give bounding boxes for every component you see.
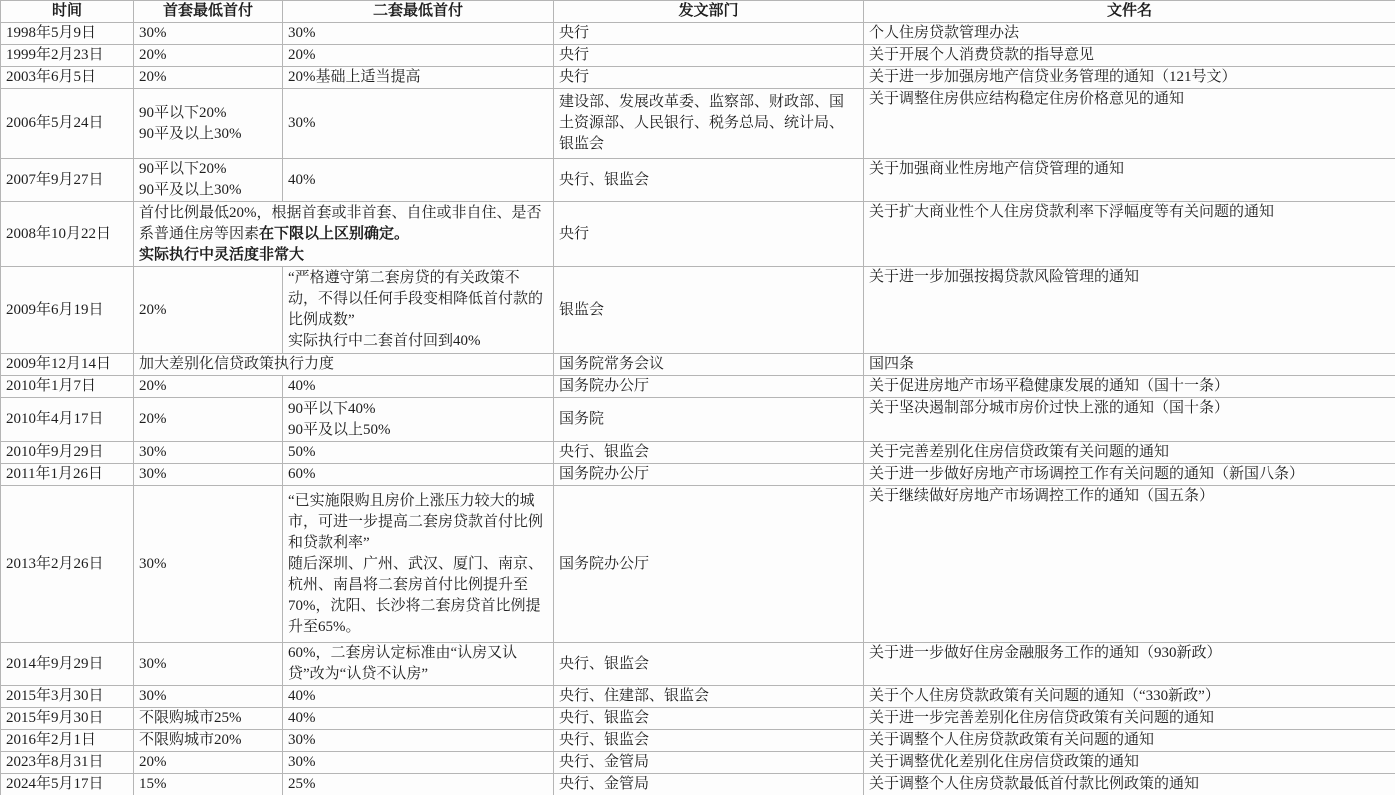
- cell-date: 2009年6月19日: [1, 267, 134, 354]
- header-issuing-department: 发文部门: [554, 1, 864, 23]
- cell-first-downpayment: 30%: [134, 464, 283, 486]
- cell-issuing-department: 央行、银监会: [554, 708, 864, 730]
- cell-document-name: 个人住房贷款管理办法: [864, 23, 1395, 45]
- cell-issuing-department: 国务院办公厅: [554, 464, 864, 486]
- cell-first-downpayment: 90平以下20% 90平及以上30%: [134, 89, 283, 159]
- cell-date: 2003年6月5日: [1, 67, 134, 89]
- cell-document-name: 关于进一步做好住房金融服务工作的通知（930新政）: [864, 643, 1395, 686]
- cell-second-downpayment: 40%: [283, 686, 554, 708]
- cell-first-downpayment: 15%: [134, 774, 283, 795]
- cell-document-name: 关于开展个人消费贷款的指导意见: [864, 45, 1395, 67]
- cell-date: 2024年5月17日: [1, 774, 134, 795]
- table-row: 2010年9月29日 30% 50% 央行、银监会 关于完善差别化住房信贷政策有…: [1, 442, 1395, 464]
- header-first-downpayment: 首套最低首付: [134, 1, 283, 23]
- cell-date: 2015年3月30日: [1, 686, 134, 708]
- cell-first-downpayment: 20%: [134, 752, 283, 774]
- cell-issuing-department: 央行、住建部、银监会: [554, 686, 864, 708]
- cell-date: 2006年5月24日: [1, 89, 134, 159]
- table-row: 2023年8月31日 20% 30% 央行、金管局 关于调整优化差别化住房信贷政…: [1, 752, 1395, 774]
- table-row: 2008年10月22日 首付比例最低20%，根据首套或非首套、自住或非自住、是否…: [1, 202, 1395, 267]
- cell-second-downpayment: 20%基础上适当提高: [283, 67, 554, 89]
- table-row: 1999年2月23日 20% 20% 央行 关于开展个人消费贷款的指导意见: [1, 45, 1395, 67]
- cell-first-downpayment: 90平以下20% 90平及以上30%: [134, 159, 283, 202]
- header-date: 时间: [1, 1, 134, 23]
- table-row: 2003年6月5日 20% 20%基础上适当提高 央行 关于进一步加强房地产信贷…: [1, 67, 1395, 89]
- cell-issuing-department: 央行: [554, 202, 864, 267]
- table-row: 2011年1月26日 30% 60% 国务院办公厅 关于进一步做好房地产市场调控…: [1, 464, 1395, 486]
- table-row: 2024年5月17日 15% 25% 央行、金管局 关于调整个人住房贷款最低首付…: [1, 774, 1395, 795]
- cell-second-downpayment: 40%: [283, 159, 554, 202]
- cell-first-downpayment: 20%: [134, 398, 283, 442]
- cell-date: 2016年2月1日: [1, 730, 134, 752]
- cell-document-name: 关于加强商业性房地产信贷管理的通知: [864, 159, 1395, 202]
- cell-document-name: 关于进一步加强房地产信贷业务管理的通知（121号文）: [864, 67, 1395, 89]
- cell-first-downpayment: 20%: [134, 45, 283, 67]
- cell-document-name: 关于坚决遏制部分城市房价过快上涨的通知（国十条）: [864, 398, 1395, 442]
- cell-second-downpayment: 40%: [283, 708, 554, 730]
- table-row: 2009年6月19日 20% “严格遵守第二套房贷的有关政策不动，不得以任何手段…: [1, 267, 1395, 354]
- cell-first-downpayment: 20%: [134, 267, 283, 354]
- cell-issuing-department: 央行、银监会: [554, 643, 864, 686]
- cell-first-downpayment: 20%: [134, 376, 283, 398]
- cell-date: 2008年10月22日: [1, 202, 134, 267]
- cell-second-downpayment: “已实施限购且房价上涨压力较大的城市，可进一步提高二套房贷款首付比例和贷款利率”…: [283, 486, 554, 643]
- cell-first-downpayment: 30%: [134, 486, 283, 643]
- cell-second-downpayment: 30%: [283, 89, 554, 159]
- cell-second-downpayment: 30%: [283, 730, 554, 752]
- cell-date: 2013年2月26日: [1, 486, 134, 643]
- cell-first-downpayment: 30%: [134, 23, 283, 45]
- cell-second-downpayment: 30%: [283, 752, 554, 774]
- cell-date: 2007年9月27日: [1, 159, 134, 202]
- cell-first-downpayment: 30%: [134, 442, 283, 464]
- cell-date: 2010年4月17日: [1, 398, 134, 442]
- cell-date: 2011年1月26日: [1, 464, 134, 486]
- cell-issuing-department: 央行、金管局: [554, 774, 864, 795]
- cell-document-name: 关于调整个人住房贷款政策有关问题的通知: [864, 730, 1395, 752]
- cell-issuing-department: 央行、银监会: [554, 730, 864, 752]
- header-row: 时间 首套最低首付 二套最低首付 发文部门 文件名: [1, 1, 1395, 23]
- cell-second-downpayment: 30%: [283, 23, 554, 45]
- cell-issuing-department: 央行: [554, 23, 864, 45]
- cell-document-name: 关于进一步做好房地产市场调控工作有关问题的通知（新国八条）: [864, 464, 1395, 486]
- cell-issuing-department: 国务院办公厅: [554, 486, 864, 643]
- cell-second-downpayment: 40%: [283, 376, 554, 398]
- cell-document-name: 关于调整个人住房贷款最低首付款比例政策的通知: [864, 774, 1395, 795]
- cell-document-name: 关于个人住房贷款政策有关问题的通知（“330新政”）: [864, 686, 1395, 708]
- table-row: 2015年3月30日 30% 40% 央行、住建部、银监会 关于个人住房贷款政策…: [1, 686, 1395, 708]
- cell-document-name: 关于调整住房供应结构稳定住房价格意见的通知: [864, 89, 1395, 159]
- table-row: 2009年12月14日 加大差别化信贷政策执行力度 国务院常务会议 国四条: [1, 354, 1395, 376]
- cell-second-downpayment: 60%，二套房认定标准由“认房又认贷”改为“认贷不认房”: [283, 643, 554, 686]
- cell-date: 2023年8月31日: [1, 752, 134, 774]
- table-row: 2014年9月29日 30% 60%，二套房认定标准由“认房又认贷”改为“认贷不…: [1, 643, 1395, 686]
- cell-first-downpayment: 30%: [134, 643, 283, 686]
- header-second-downpayment: 二套最低首付: [283, 1, 554, 23]
- cell-document-name: 关于进一步加强按揭贷款风险管理的通知: [864, 267, 1395, 354]
- housing-downpayment-policy-table: 时间 首套最低首付 二套最低首付 发文部门 文件名 1998年5月9日 30% …: [0, 0, 1395, 795]
- cell-second-downpayment: “严格遵守第二套房贷的有关政策不动，不得以任何手段变相降低首付款的比例成数” 实…: [283, 267, 554, 354]
- cell-first-downpayment: 不限购城市20%: [134, 730, 283, 752]
- cell-second-downpayment: 20%: [283, 45, 554, 67]
- document-page: 时间 首套最低首付 二套最低首付 发文部门 文件名 1998年5月9日 30% …: [0, 0, 1395, 795]
- cell-issuing-department: 央行: [554, 67, 864, 89]
- table-row: 1998年5月9日 30% 30% 央行 个人住房贷款管理办法: [1, 23, 1395, 45]
- cell-document-name: 关于促进房地产市场平稳健康发展的通知（国十一条）: [864, 376, 1395, 398]
- cell-first-downpayment: 20%: [134, 67, 283, 89]
- cell-second-downpayment: 50%: [283, 442, 554, 464]
- cell-issuing-department: 央行、银监会: [554, 442, 864, 464]
- cell-merged-downpayment: 加大差别化信贷政策执行力度: [134, 354, 554, 376]
- cell-issuing-department: 央行: [554, 45, 864, 67]
- table-row: 2007年9月27日 90平以下20% 90平及以上30% 40% 央行、银监会…: [1, 159, 1395, 202]
- table-row: 2006年5月24日 90平以下20% 90平及以上30% 30% 建设部、发展…: [1, 89, 1395, 159]
- cell-issuing-department: 央行、金管局: [554, 752, 864, 774]
- table-row: 2013年2月26日 30% “已实施限购且房价上涨压力较大的城市，可进一步提高…: [1, 486, 1395, 643]
- cell-date: 1998年5月9日: [1, 23, 134, 45]
- table-row: 2010年4月17日 20% 90平以下40% 90平及以上50% 国务院 关于…: [1, 398, 1395, 442]
- cell-document-name: 国四条: [864, 354, 1395, 376]
- cell-issuing-department: 央行、银监会: [554, 159, 864, 202]
- cell-document-name: 关于完善差别化住房信贷政策有关问题的通知: [864, 442, 1395, 464]
- cell-issuing-department: 国务院常务会议: [554, 354, 864, 376]
- cell-date: 1999年2月23日: [1, 45, 134, 67]
- cell-issuing-department: 银监会: [554, 267, 864, 354]
- cell-merged-downpayment: 首付比例最低20%，根据首套或非首套、自住或非自住、是否系普通住房等因素在下限以…: [134, 202, 554, 267]
- cell-second-downpayment: 60%: [283, 464, 554, 486]
- cell-issuing-department: 国务院: [554, 398, 864, 442]
- cell-second-downpayment: 90平以下40% 90平及以上50%: [283, 398, 554, 442]
- cell-first-downpayment: 30%: [134, 686, 283, 708]
- table-row: 2015年9月30日 不限购城市25% 40% 央行、银监会 关于进一步完善差别…: [1, 708, 1395, 730]
- table-row: 2016年2月1日 不限购城市20% 30% 央行、银监会 关于调整个人住房贷款…: [1, 730, 1395, 752]
- cell-date: 2010年1月7日: [1, 376, 134, 398]
- table-row: 2010年1月7日 20% 40% 国务院办公厅 关于促进房地产市场平稳健康发展…: [1, 376, 1395, 398]
- header-document-name: 文件名: [864, 1, 1395, 23]
- cell-second-downpayment: 25%: [283, 774, 554, 795]
- cell-document-name: 关于进一步完善差别化住房信贷政策有关问题的通知: [864, 708, 1395, 730]
- cell-date: 2009年12月14日: [1, 354, 134, 376]
- cell-date: 2010年9月29日: [1, 442, 134, 464]
- cell-issuing-department: 国务院办公厅: [554, 376, 864, 398]
- cell-document-name: 关于扩大商业性个人住房贷款利率下浮幅度等有关问题的通知: [864, 202, 1395, 267]
- cell-first-downpayment: 不限购城市25%: [134, 708, 283, 730]
- cell-document-name: 关于继续做好房地产市场调控工作的通知（国五条）: [864, 486, 1395, 643]
- cell-document-name: 关于调整优化差别化住房信贷政策的通知: [864, 752, 1395, 774]
- cell-issuing-department: 建设部、发展改革委、监察部、财政部、国土资源部、人民银行、税务总局、统计局、银监…: [554, 89, 864, 159]
- cell-date: 2015年9月30日: [1, 708, 134, 730]
- cell-date: 2014年9月29日: [1, 643, 134, 686]
